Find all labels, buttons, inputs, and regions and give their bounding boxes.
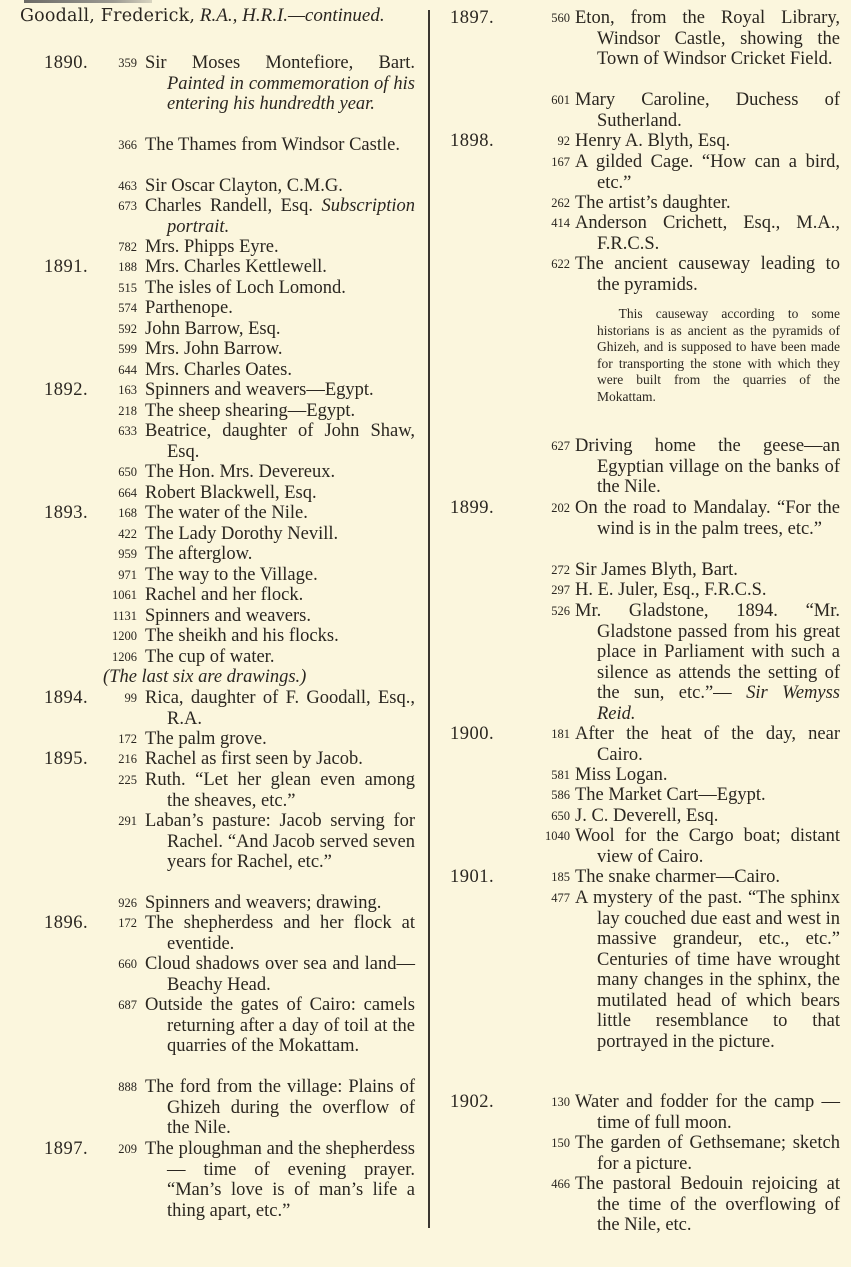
artwork-title: Rachel and her flock. <box>145 585 303 605</box>
artwork-title: The sheikh and his flocks. <box>145 626 339 646</box>
artwork-entry: Beatrice, daughter of John Shaw, Esq. <box>145 421 415 462</box>
artwork-entry: The ancient causeway leading to the pyra… <box>575 254 840 295</box>
catalogue-number: 366 <box>97 135 137 156</box>
artwork-title: Miss Logan. <box>575 765 668 785</box>
catalogue-number: 99 <box>97 688 137 709</box>
artwork-entry: Sir Oscar Clayton, C.M.G. <box>145 176 415 197</box>
artwork-title: Mrs. Charles Kettlewell. <box>145 257 327 277</box>
artwork-title: The cup of water. <box>145 647 274 667</box>
catalogue-number: 130 <box>530 1092 570 1113</box>
catalogue-number: 650 <box>530 806 570 827</box>
artwork-title: Sir James Blyth, Bart. <box>575 560 738 580</box>
artwork-title: Rachel as first seen by Jacob. <box>145 749 363 769</box>
artwork-entry: Driving home the geese—an Egyptian villa… <box>575 436 840 498</box>
year-label: 1899. <box>450 498 494 519</box>
artwork-title: Driving home the geese—an Egyptian villa… <box>575 436 840 497</box>
artwork-entry: The sheikh and his flocks. <box>145 626 415 647</box>
catalogue-number: 650 <box>97 462 137 483</box>
catalogue-number: 601 <box>530 90 570 111</box>
year-label: 1890. <box>44 53 88 74</box>
artwork-title: The snake charmer—Cairo. <box>575 867 780 887</box>
scan-edge-artifact <box>24 0 152 3</box>
artwork-title: The palm grove. <box>145 729 267 749</box>
artwork-entry: Sir James Blyth, Bart. <box>575 560 840 581</box>
artwork-title: Robert Blackwell, Esq. <box>145 483 317 503</box>
artwork-entry: Rachel and her flock. <box>145 585 415 606</box>
artwork-title: The Market Cart—Egypt. <box>575 785 766 805</box>
artwork-entry: Spinners and weavers—Egypt. <box>145 380 415 401</box>
artwork-entry: The artist’s daughter. <box>575 193 840 214</box>
artwork-title: A gilded Cage. “How can a bird, etc.” <box>575 152 840 193</box>
catalogue-number: 627 <box>530 436 570 457</box>
drawings-remark: (The last six are drawings.) <box>103 667 306 688</box>
catalogue-number: 644 <box>97 360 137 381</box>
year-label: 1897. <box>450 8 494 29</box>
artwork-title: On the road to Mandalay. “For the wind i… <box>575 498 840 539</box>
artwork-entry: After the heat of the day, near Cairo. <box>575 724 840 765</box>
catalogue-number: 1061 <box>97 585 137 606</box>
catalogue-number: 574 <box>97 298 137 319</box>
artwork-entry: The pastoral Bedouin rejoicing at the ti… <box>575 1174 840 1236</box>
catalogue-number: 633 <box>97 421 137 442</box>
artwork-entry: The palm grove. <box>145 729 415 750</box>
artwork-entry: H. E. Juler, Esq., F.R.C.S. <box>575 580 840 601</box>
artwork-entry: The cup of water. <box>145 647 415 668</box>
catalogue-number: 225 <box>97 770 137 791</box>
artwork-title: H. E. Juler, Esq., F.R.C.S. <box>575 580 767 600</box>
catalogue-number: 673 <box>97 196 137 217</box>
catalogue-number: 414 <box>530 213 570 234</box>
catalogue-number: 971 <box>97 565 137 586</box>
artist-heading: Goodall, Frederick, R.A., H.R.I.—continu… <box>20 6 410 27</box>
artwork-title: Ruth. “Let her glean even among the shea… <box>145 770 415 811</box>
artwork-title: Charles Randell, Esq. <box>145 196 313 216</box>
artwork-entry: Robert Blackwell, Esq. <box>145 483 415 504</box>
artwork-title: Water and fodder for the camp —time of f… <box>575 1092 840 1133</box>
year-label: 1898. <box>450 131 494 152</box>
artwork-entry: Mary Caroline, Duchess of Sutherland. <box>575 90 840 131</box>
artwork-entry: The snake charmer—Cairo. <box>575 867 840 888</box>
artwork-title: The ford from the village: Plains of Ghi… <box>145 1077 415 1138</box>
catalogue-number: 216 <box>97 749 137 770</box>
year-label: 1897. <box>44 1139 88 1160</box>
artwork-entry: Parthenope. <box>145 298 415 319</box>
artwork-entry: The Hon. Mrs. Devereux. <box>145 462 415 483</box>
artwork-title: The garden of Gethsemane; sketch for a p… <box>575 1133 840 1174</box>
year-label: 1900. <box>450 724 494 745</box>
artwork-entry: Laban’s pasture: Jacob serving for Rache… <box>145 811 415 873</box>
artwork-entry: A gilded Cage. “How can a bird, etc.” <box>575 152 840 193</box>
catalogue-number: 664 <box>97 483 137 504</box>
artist-name: Goodall, Frederick, <box>20 6 195 26</box>
catalogue-number: 181 <box>530 724 570 745</box>
artwork-title: The sheep shearing—Egypt. <box>145 401 355 421</box>
artwork-title: The ploughman and the shepherdess — time… <box>145 1139 415 1221</box>
artwork-entry: The garden of Gethsemane; sketch for a p… <box>575 1133 840 1174</box>
catalogue-number: 92 <box>530 131 570 152</box>
artwork-title: The Lady Dorothy Nevill. <box>145 524 338 544</box>
catalogue-number: 586 <box>530 785 570 806</box>
artwork-title: John Barrow, Esq. <box>145 319 280 339</box>
artwork-entry: The way to the Village. <box>145 565 415 586</box>
artwork-entry: Miss Logan. <box>575 765 840 786</box>
catalogue-number: 477 <box>530 888 570 909</box>
catalogue-number: 782 <box>97 237 137 258</box>
artwork-title: Eton, from the Royal Library, Windsor Ca… <box>575 8 840 69</box>
artwork-entry: A mystery of the past. “The sphinx lay c… <box>575 888 840 1052</box>
catalogue-number: 262 <box>530 193 570 214</box>
artwork-entry: The Thames from Windsor Castle. <box>145 135 415 156</box>
artwork-entry: Eton, from the Royal Library, Windsor Ca… <box>575 8 840 70</box>
catalogue-number: 888 <box>97 1077 137 1098</box>
catalogue-number: 359 <box>97 53 137 74</box>
catalogue-number: 599 <box>97 339 137 360</box>
artwork-entry: Rica, daughter of F. Goodall, Esq., R.A. <box>145 688 415 729</box>
artwork-title: J. C. Deverell, Esq. <box>575 806 718 826</box>
artwork-entry: Mrs. Phipps Eyre. <box>145 237 415 258</box>
artwork-entry: Water and fodder for the camp —time of f… <box>575 1092 840 1133</box>
artwork-entry: J. C. Deverell, Esq. <box>575 806 840 827</box>
artwork-title: Sir Moses Montefiore, Bart. <box>145 53 415 73</box>
artwork-entry: Mrs. John Barrow. <box>145 339 415 360</box>
artwork-title: Anderson Crichett, Esq., M.A., F.R.C.S. <box>575 213 840 254</box>
artwork-entry: The isles of Loch Lomond. <box>145 278 415 299</box>
catalogue-number: 188 <box>97 257 137 278</box>
catalogue-number: 163 <box>97 380 137 401</box>
artwork-title: Wool for the Cargo boat; distant view of… <box>575 826 840 867</box>
artwork-entry: Spinners and weavers; drawing. <box>145 893 415 914</box>
artwork-entry: On the road to Mandalay. “For the wind i… <box>575 498 840 539</box>
artwork-title: Spinners and weavers—Egypt. <box>145 380 374 400</box>
artwork-title: The artist’s daughter. <box>575 193 731 213</box>
artwork-title: The shepherdess and her flock at eventid… <box>145 913 415 954</box>
artwork-entry: Charles Randell, Esq. Subscription portr… <box>145 196 415 237</box>
catalogue-number: 1206 <box>97 647 137 668</box>
artwork-entry: Sir Moses Montefiore, Bart. Painted in c… <box>145 53 415 115</box>
catalogue-number: 581 <box>530 765 570 786</box>
artist-honours: R.A., H.R.I.—continued. <box>200 5 385 26</box>
artwork-entry: Rachel as first seen by Jacob. <box>145 749 415 770</box>
catalogue-number: 926 <box>97 893 137 914</box>
catalogue-number: 1040 <box>530 826 570 847</box>
artwork-title: The Hon. Mrs. Devereux. <box>145 462 335 482</box>
artwork-entry: The afterglow. <box>145 544 415 565</box>
artwork-entry: Mrs. Charles Kettlewell. <box>145 257 415 278</box>
artwork-title: Cloud shadows over sea and land—Beachy H… <box>145 954 415 995</box>
year-label: 1894. <box>44 688 88 709</box>
artwork-entry: Mr. Gladstone, 1894. “Mr. Gladstone pass… <box>575 601 840 724</box>
catalogue-number: 526 <box>530 601 570 622</box>
artwork-entry: John Barrow, Esq. <box>145 319 415 340</box>
artwork-title: The water of the Nile. <box>145 503 308 523</box>
year-label: 1895. <box>44 749 88 770</box>
artwork-entry: Henry A. Blyth, Esq. <box>575 131 840 152</box>
catalogue-number: 592 <box>97 319 137 340</box>
catalogue-number: 209 <box>97 1139 137 1160</box>
artwork-entry: The Lady Dorothy Nevill. <box>145 524 415 545</box>
artwork-title: Mrs. Charles Oates. <box>145 360 292 380</box>
artwork-entry: Mrs. Charles Oates. <box>145 360 415 381</box>
artwork-title: Outside the gates of Cairo: camels retur… <box>145 995 415 1056</box>
catalogue-number: 687 <box>97 995 137 1016</box>
artwork-title: A mystery of the past. “The sphinx lay c… <box>575 888 840 1052</box>
catalogue-number: 185 <box>530 867 570 888</box>
artwork-title: The way to the Village. <box>145 565 318 585</box>
artwork-entry: The ford from the village: Plains of Ghi… <box>145 1077 415 1139</box>
catalogue-number: 1200 <box>97 626 137 647</box>
catalogue-number: 167 <box>530 152 570 173</box>
artwork-title: The isles of Loch Lomond. <box>145 278 346 298</box>
artwork-entry: Spinners and weavers. <box>145 606 415 627</box>
catalogue-number: 172 <box>97 913 137 934</box>
artwork-title: The ancient causeway leading to the pyra… <box>575 254 840 295</box>
artwork-entry: The Market Cart—Egypt. <box>575 785 840 806</box>
catalogue-number: 272 <box>530 560 570 581</box>
catalogue-number: 202 <box>530 498 570 519</box>
artwork-footnote: This causeway according to some historia… <box>597 306 840 405</box>
artwork-title: Mrs. Phipps Eyre. <box>145 237 279 257</box>
year-label: 1902. <box>450 1092 494 1113</box>
catalogue-number: 622 <box>530 254 570 275</box>
catalogue-number: 515 <box>97 278 137 299</box>
year-label: 1901. <box>450 867 494 888</box>
artwork-entry: Outside the gates of Cairo: camels retur… <box>145 995 415 1057</box>
artwork-title: Mrs. John Barrow. <box>145 339 283 359</box>
catalogue-number: 959 <box>97 544 137 565</box>
artwork-title: Henry A. Blyth, Esq. <box>575 131 730 151</box>
catalogue-number: 466 <box>530 1174 570 1195</box>
artwork-entry: The ploughman and the shepherdess — time… <box>145 1139 415 1221</box>
artwork-title: Rica, daughter of F. Goodall, Esq., R.A. <box>145 688 415 729</box>
catalogue-number: 168 <box>97 503 137 524</box>
artwork-title: Spinners and weavers. <box>145 606 311 626</box>
artwork-entry: Wool for the Cargo boat; distant view of… <box>575 826 840 867</box>
artwork-entry: Cloud shadows over sea and land—Beachy H… <box>145 954 415 995</box>
artwork-title: The pastoral Bedouin rejoicing at the ti… <box>575 1174 840 1235</box>
catalogue-number: 560 <box>530 8 570 29</box>
year-label: 1891. <box>44 257 88 278</box>
catalogue-number: 291 <box>97 811 137 832</box>
year-label: 1896. <box>44 913 88 934</box>
artwork-title: Laban’s pasture: Jacob serving for Rache… <box>145 811 415 872</box>
year-label: 1892. <box>44 380 88 401</box>
artwork-title: Sir Oscar Clayton, C.M.G. <box>145 176 343 196</box>
catalogue-number: 172 <box>97 729 137 750</box>
column-divider <box>428 10 430 1228</box>
artwork-title: The Thames from Windsor Castle. <box>145 135 400 155</box>
artwork-title: The afterglow. <box>145 544 252 564</box>
artwork-note: Painted in commemoration of his entering… <box>167 74 415 115</box>
artwork-entry: The sheep shearing—Egypt. <box>145 401 415 422</box>
artwork-entry: Anderson Crichett, Esq., M.A., F.R.C.S. <box>575 213 840 254</box>
artwork-title: After the heat of the day, near Cairo. <box>575 724 840 765</box>
artwork-title: Parthenope. <box>145 298 233 318</box>
catalogue-number: 150 <box>530 1133 570 1154</box>
year-label: 1893. <box>44 503 88 524</box>
artwork-title: Beatrice, daughter of John Shaw, Esq. <box>145 421 415 462</box>
catalogue-number: 297 <box>530 580 570 601</box>
artwork-title: Mary Caroline, Duchess of Sutherland. <box>575 90 840 131</box>
catalogue-number: 422 <box>97 524 137 545</box>
catalogue-number: 1131 <box>97 606 137 627</box>
catalogue-number: 660 <box>97 954 137 975</box>
catalogue-number: 218 <box>97 401 137 422</box>
artwork-title: Spinners and weavers; drawing. <box>145 893 381 913</box>
artwork-entry: The shepherdess and her flock at eventid… <box>145 913 415 954</box>
catalogue-number: 463 <box>97 176 137 197</box>
artwork-entry: The water of the Nile. <box>145 503 415 524</box>
artwork-entry: Ruth. “Let her glean even among the shea… <box>145 770 415 811</box>
